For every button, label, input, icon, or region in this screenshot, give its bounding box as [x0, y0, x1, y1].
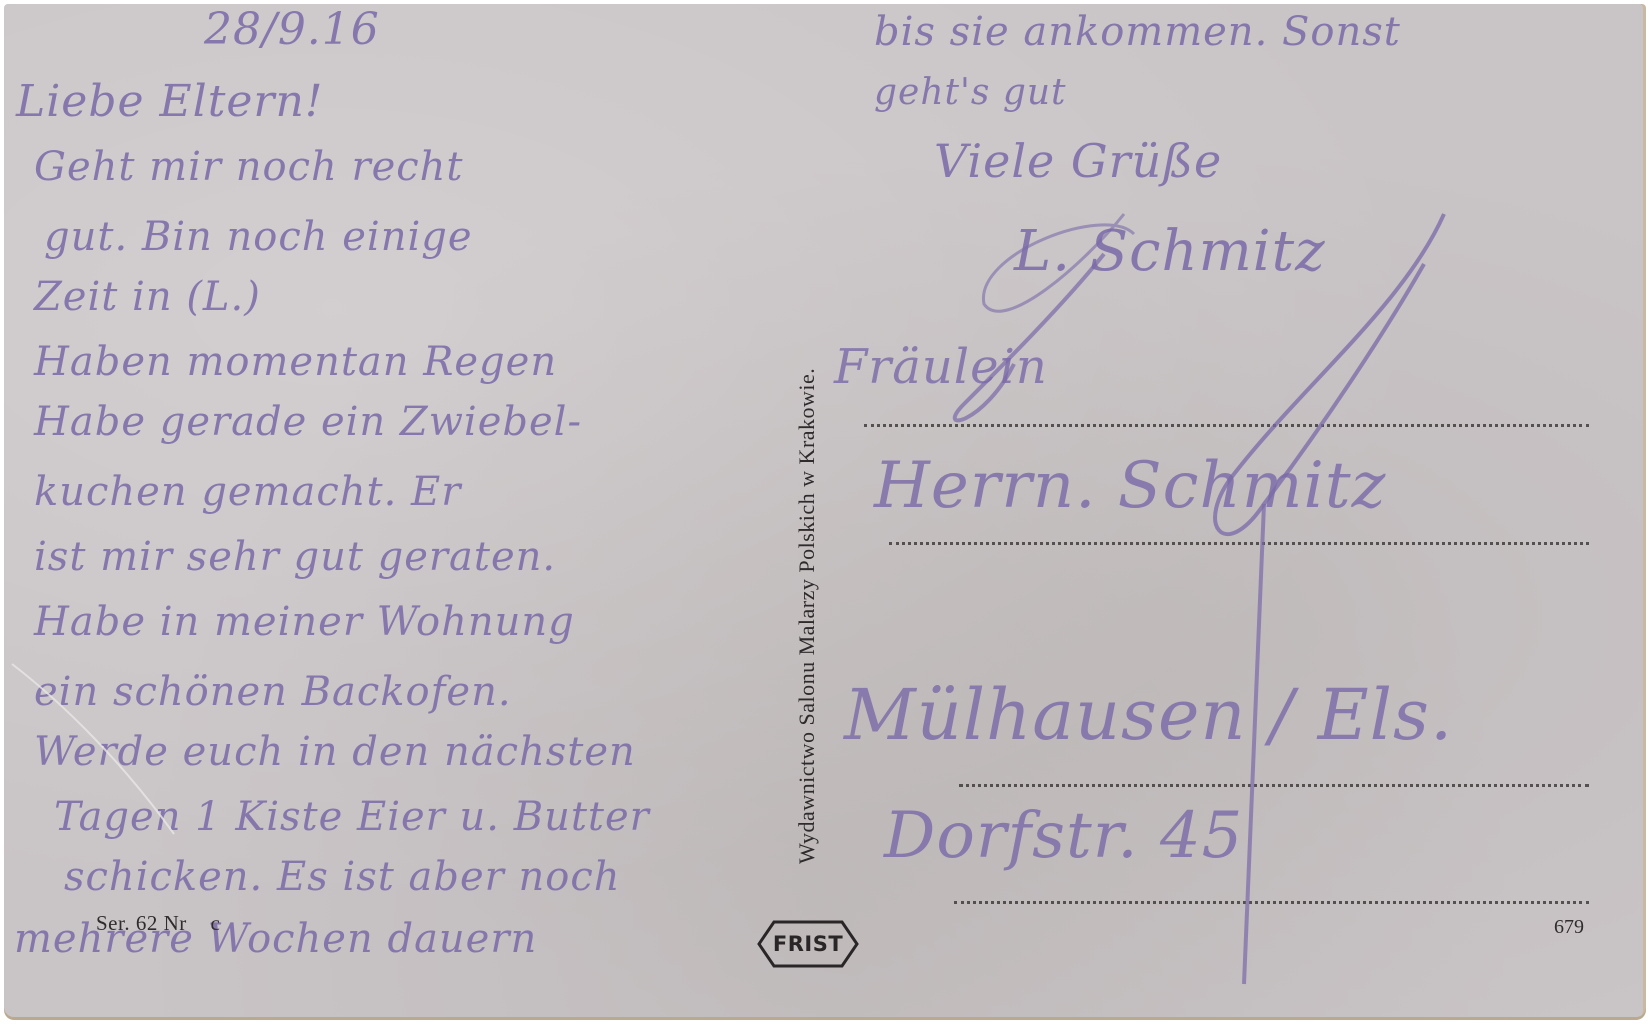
frist-logo: FRIST [756, 919, 860, 969]
address-dotted-line [864, 424, 1589, 427]
message-line: Liebe Eltern! [16, 76, 324, 127]
message-line: Werde euch in den nächsten [34, 729, 636, 775]
message-line: ein schönen Backofen. [34, 669, 512, 715]
message-line: gut. Bin noch einige [44, 214, 473, 260]
message-line: Habe gerade ein Zwiebel- [34, 399, 582, 445]
address-line: Dorfstr. 45 [884, 799, 1243, 873]
message-line: Tagen 1 Kiste Eier u. Butter [54, 794, 650, 840]
series-suffix: c [211, 911, 221, 935]
message-line: geht's gut [874, 72, 1067, 113]
message-line: kuchen gemacht. Er [34, 469, 461, 515]
address-dotted-line [954, 901, 1589, 904]
message-line: Zeit in (L.) [34, 274, 261, 320]
signature: L. Schmitz [1014, 219, 1326, 284]
series-text: Ser. 62 Nr [96, 911, 187, 935]
address-line: Fräulein [834, 339, 1048, 395]
frist-logo-text: FRIST [756, 919, 860, 969]
message-line: Haben momentan Regen [34, 339, 557, 385]
message-line: schicken. Es ist aber noch [64, 854, 621, 900]
address-line: Herrn. Schmitz [874, 449, 1386, 523]
message-line: Habe in meiner Wohnung [34, 599, 575, 645]
address-dotted-line [889, 542, 1589, 545]
series-label: Ser. 62 Nr c [96, 911, 220, 936]
date: 28/9.16 [204, 4, 380, 55]
address-dotted-line [959, 784, 1589, 787]
message-line: Viele Grüße [934, 134, 1222, 188]
postcard: 28/9.16 Liebe Eltern! Geht mir noch rech… [4, 4, 1646, 1020]
message-line: ist mir sehr gut geraten. [34, 534, 556, 580]
address-line: Mülhausen / Els. [844, 674, 1453, 756]
message-line: Geht mir noch recht [34, 144, 464, 190]
publisher-imprint: Wydawnictwo Salonu Malarzy Polskich w Kr… [794, 368, 820, 864]
card-number: 679 [1554, 916, 1584, 939]
message-line: mehrere Wochen dauern [14, 916, 537, 962]
message-line: bis sie ankommen. Sonst [874, 9, 1401, 55]
